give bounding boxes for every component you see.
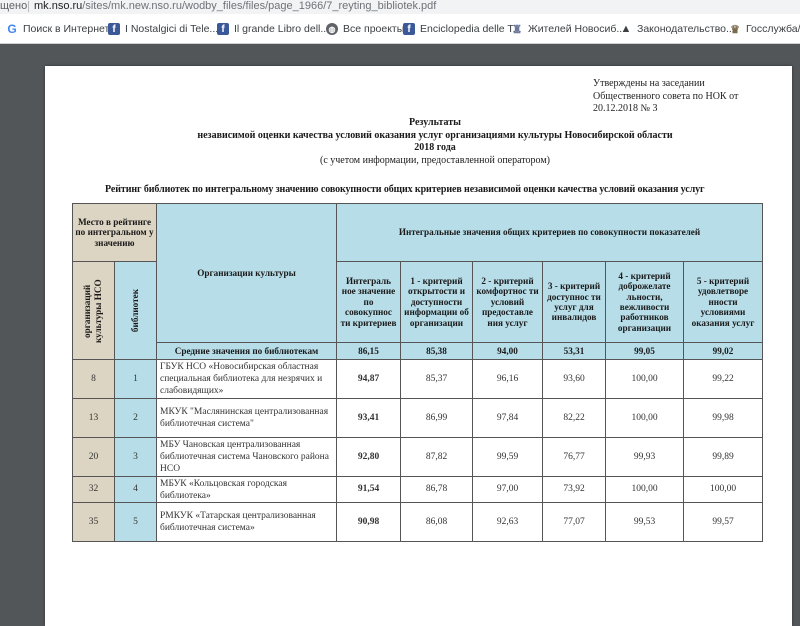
table-row: 81ГБУК НСО «Новосибирская областная спец… [73, 360, 763, 399]
criterion-value-cell: 86,08 [401, 503, 473, 542]
header-place-org-text: организаций культуры НСО [82, 275, 106, 347]
place-org-cell: 20 [73, 438, 115, 477]
bookmark-label: Поиск в Интернете [23, 23, 115, 35]
bookmark-label: Госслужба/Ре [746, 23, 800, 35]
table-row: 132МКУК "Маслянинская централизованная б… [73, 399, 763, 438]
header-col-criterion-2: 2 - критерий комфортнос ти условий предо… [473, 262, 543, 343]
place-lib-cell: 4 [115, 477, 157, 503]
criterion-value-cell: 99,98 [684, 399, 763, 438]
table-row: 324МБУК «Кольцовская городская библиотек… [73, 477, 763, 503]
header-col-integral: Интеграль ное значение по совокупнос ти … [337, 262, 401, 343]
averages-row: Средние значения по библиотекам 86,15 85… [73, 343, 763, 360]
table-row: 355РМКУК «Татарская централизованная биб… [73, 503, 763, 542]
title-note: (с учетом информации, предоставленной оп… [45, 155, 800, 168]
place-lib-cell: 3 [115, 438, 157, 477]
average-value: 99,05 [606, 343, 684, 360]
globe-icon: ◍ [326, 23, 338, 35]
header-place: Место в рейтинге по интегральном у значе… [73, 204, 157, 262]
facebook-icon: f [403, 23, 415, 35]
bookmark-label: Il grande Libro dell... [234, 23, 329, 35]
bookmark-all-projects[interactable]: ◍ Все проекты [326, 22, 404, 36]
integral-value-cell: 93,41 [337, 399, 401, 438]
header-place-lib-text: библиотек [130, 289, 141, 332]
bookmark-google-search[interactable]: G Поиск в Интернете [6, 22, 115, 36]
criterion-value-cell: 97,00 [473, 477, 543, 503]
criterion-value-cell: 100,00 [684, 477, 763, 503]
bookmark-label: Enciclopedia delle T... [420, 23, 521, 35]
bookmark-enciclopedia[interactable]: f Enciclopedia delle T... [403, 22, 521, 36]
criterion-value-cell: 93,60 [543, 360, 606, 399]
approval-line: 20.12.2018 № 3 [593, 103, 738, 116]
bookmark-legislation[interactable]: ▲ Законодательство... [620, 22, 735, 36]
criterion-value-cell: 99,89 [684, 438, 763, 477]
header-place-lib: библиотек [115, 262, 157, 360]
header-col-criterion-4: 4 - критерий доброжелате льности, вежлив… [606, 262, 684, 343]
criterion-value-cell: 100,00 [606, 477, 684, 503]
address-divider [28, 1, 29, 12]
place-org-cell: 32 [73, 477, 115, 503]
criterion-value-cell: 99,22 [684, 360, 763, 399]
title-line: независимой оценки качества условий оказ… [45, 130, 800, 143]
place-lib-cell: 2 [115, 399, 157, 438]
place-org-cell: 35 [73, 503, 115, 542]
criterion-value-cell: 99,93 [606, 438, 684, 477]
average-value: 94,00 [473, 343, 543, 360]
url-path: /sites/mk.new.nso.ru/wodby_files/files/p… [82, 0, 436, 12]
header-col-criterion-1: 1 - критерий открытости и доступности ин… [401, 262, 473, 343]
table-row: 203МБУ Чановская централизованная библио… [73, 438, 763, 477]
google-icon: G [6, 23, 18, 35]
approval-line: Общественного совета по НОК от [593, 91, 738, 104]
url-host: mk.nso.ru [34, 0, 82, 12]
url-text[interactable]: mk.nso.ru/sites/mk.new.nso.ru/wodby_file… [34, 0, 436, 12]
facebook-icon: f [217, 23, 229, 35]
bookmark-nostalgici[interactable]: f I Nostalgici di Tele... [108, 22, 218, 36]
document-title: Результаты независимой оценки качества у… [45, 117, 800, 167]
criterion-value-cell: 77,07 [543, 503, 606, 542]
bookmark-novosibirsk-residents[interactable]: ♜ Жителей Новосиб... [511, 22, 625, 36]
criterion-value-cell: 76,77 [543, 438, 606, 477]
average-value: 86,15 [337, 343, 401, 360]
criterion-value-cell: 99,57 [684, 503, 763, 542]
header-col-criterion-5: 5 - критерий удовлетворе нности условиям… [684, 262, 763, 343]
bookmark-label: I Nostalgici di Tele... [125, 23, 218, 35]
table-body: 81ГБУК НСО «Новосибирская областная спец… [73, 360, 763, 542]
integral-value-cell: 90,98 [337, 503, 401, 542]
place-org-cell: 13 [73, 399, 115, 438]
criterion-value-cell: 86,78 [401, 477, 473, 503]
criterion-value-cell: 100,00 [606, 360, 684, 399]
organization-cell: МБУК «Кольцовская городская библиотека» [157, 477, 337, 503]
integral-value-cell: 92,80 [337, 438, 401, 477]
criterion-value-cell: 73,92 [543, 477, 606, 503]
security-indicator[interactable]: щено [0, 0, 27, 12]
criterion-value-cell: 85,37 [401, 360, 473, 399]
criterion-value-cell: 97,84 [473, 399, 543, 438]
bookmark-label: Жителей Новосиб... [528, 23, 625, 35]
city-crest-icon: ♜ [511, 23, 523, 35]
approval-note: Утверждены на заседании Общественного со… [593, 78, 738, 116]
place-lib-cell: 1 [115, 360, 157, 399]
criterion-value-cell: 87,82 [401, 438, 473, 477]
header-organization: Организации культуры [157, 204, 337, 343]
organization-cell: МКУК "Маслянинская централизованная библ… [157, 399, 337, 438]
title-line: 2018 года [45, 142, 800, 155]
header-integral-group: Интегральные значения общих критериев по… [337, 204, 763, 262]
organization-cell: ГБУК НСО «Новосибирская областная специа… [157, 360, 337, 399]
pdf-viewer[interactable]: Утверждены на заседании Общественного со… [0, 44, 800, 600]
bookmark-civil-service[interactable]: ♛ Госслужба/Ре [729, 22, 800, 36]
title-line: Результаты [45, 117, 800, 130]
criterion-value-cell: 92,63 [473, 503, 543, 542]
criterion-value-cell: 86,99 [401, 399, 473, 438]
address-bar[interactable]: щено mk.nso.ru/sites/mk.new.nso.ru/wodby… [0, 0, 800, 14]
criterion-value-cell: 82,22 [543, 399, 606, 438]
average-value: 99,02 [684, 343, 763, 360]
eagle-emblem-icon: ♛ [729, 23, 741, 35]
organization-cell: МБУ Чановская централизованная библиотеч… [157, 438, 337, 477]
bookmark-grande-libro[interactable]: f Il grande Libro dell... [217, 22, 329, 36]
average-value: 53,31 [543, 343, 606, 360]
bookmarks-bar: G Поиск в Интернете f I Nostalgici di Te… [0, 14, 800, 44]
pdf-page: Утверждены на заседании Общественного со… [45, 66, 792, 600]
integral-value-cell: 91,54 [337, 477, 401, 503]
bookmark-label: Все проекты [343, 23, 404, 35]
criterion-value-cell: 96,16 [473, 360, 543, 399]
criterion-value-cell: 99,53 [606, 503, 684, 542]
approval-line: Утверждены на заседании [593, 78, 738, 91]
rating-table: Место в рейтинге по интегральном у значе… [72, 203, 763, 542]
averages-label: Средние значения по библиотекам [157, 343, 337, 360]
facebook-icon: f [108, 23, 120, 35]
criterion-value-cell: 99,59 [473, 438, 543, 477]
bookmark-label: Законодательство... [637, 23, 735, 35]
table-caption: Рейтинг библиотек по интегральному значе… [105, 184, 704, 195]
integral-value-cell: 94,87 [337, 360, 401, 399]
header-col-criterion-3: 3 - критерий доступнос ти услуг для инва… [543, 262, 606, 343]
graduation-cap-icon: ▲ [620, 23, 632, 35]
organization-cell: РМКУК «Татарская централизованная библио… [157, 503, 337, 542]
average-value: 85,38 [401, 343, 473, 360]
criterion-value-cell: 100,00 [606, 399, 684, 438]
place-org-cell: 8 [73, 360, 115, 399]
header-place-org: организаций культуры НСО [73, 262, 115, 360]
place-lib-cell: 5 [115, 503, 157, 542]
